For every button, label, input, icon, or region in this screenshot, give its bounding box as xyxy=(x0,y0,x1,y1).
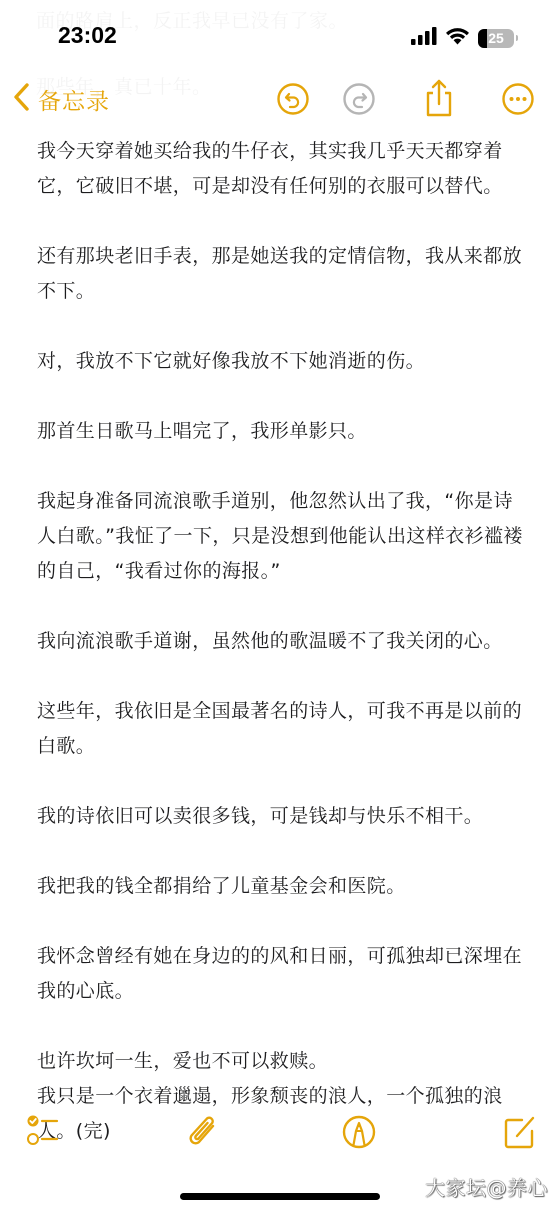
share-icon xyxy=(422,78,456,118)
more-icon xyxy=(501,82,535,116)
attachment-button[interactable] xyxy=(183,1112,223,1152)
markup-button[interactable] xyxy=(339,1112,379,1152)
markup-icon xyxy=(339,1112,379,1152)
status-bar: 23:02 25 xyxy=(0,0,560,70)
checklist-button[interactable] xyxy=(24,1112,64,1152)
note-paragraph: 也许坎坷一生，爱也不可以救赎。 xyxy=(37,1044,527,1079)
more-button[interactable] xyxy=(501,82,535,116)
cellular-signal-icon xyxy=(411,27,437,49)
compose-button[interactable] xyxy=(500,1112,540,1152)
compose-icon xyxy=(500,1112,540,1152)
note-paragraph: 我怀念曾经有她在身边的的风和日丽，可孤独却已深埋在我的心底。 xyxy=(37,939,527,1009)
home-indicator[interactable] xyxy=(180,1193,380,1200)
redo-icon xyxy=(342,82,376,116)
battery-percent: 25 xyxy=(488,30,504,46)
note-paragraph: 对，我放不下它就好像我放不下她消逝的伤。 xyxy=(37,344,527,379)
undo-button[interactable] xyxy=(276,82,310,116)
wifi-icon xyxy=(445,27,470,49)
note-paragraph: 那首生日歌马上唱完了，我形单影只。 xyxy=(37,414,527,449)
battery-icon: 25 xyxy=(478,29,514,48)
note-paragraph: 我今天穿着她买给我的牛仔衣，其实我几乎天天都穿着它，它破旧不堪，可是却没有任何别… xyxy=(37,134,527,204)
attachment-icon xyxy=(183,1112,223,1152)
back-label: 备忘录 xyxy=(38,83,110,116)
note-paragraph: 我向流浪歌手道谢，虽然他的歌温暖不了我关闭的心。 xyxy=(37,624,527,659)
back-button[interactable]: 备忘录 xyxy=(12,82,110,116)
checklist-icon xyxy=(24,1112,64,1152)
nav-bar: 备忘录 xyxy=(0,76,560,122)
watermark: 大家坛@养心 xyxy=(425,1172,548,1201)
undo-icon xyxy=(276,82,310,116)
note-body[interactable]: 我今天穿着她买给我的牛仔衣，其实我几乎天天都穿着它，它破旧不堪，可是却没有任何别… xyxy=(37,134,527,1149)
battery-tip xyxy=(516,35,518,41)
note-paragraph: 我把我的钱全都捐给了儿童基金会和医院。 xyxy=(37,869,527,904)
share-button[interactable] xyxy=(422,78,456,118)
note-paragraph: 我的诗依旧可以卖很多钱，可是钱却与快乐不相干。 xyxy=(37,799,527,834)
bottom-toolbar xyxy=(0,1110,560,1156)
note-paragraph: 我起身准备同流浪歌手道别，他忽然认出了我，“你是诗人白歌。”我怔了一下，只是没想… xyxy=(37,484,527,589)
status-icons: 25 xyxy=(411,27,518,49)
note-paragraph: 还有那块老旧手表，那是她送我的定情信物，我从来都放不下。 xyxy=(37,239,527,309)
note-paragraph: 这些年，我依旧是全国最著名的诗人，可我不再是以前的白歌。 xyxy=(37,694,527,764)
status-time: 23:02 xyxy=(58,22,117,49)
redo-button[interactable] xyxy=(342,82,376,116)
chevron-left-icon xyxy=(12,82,32,116)
